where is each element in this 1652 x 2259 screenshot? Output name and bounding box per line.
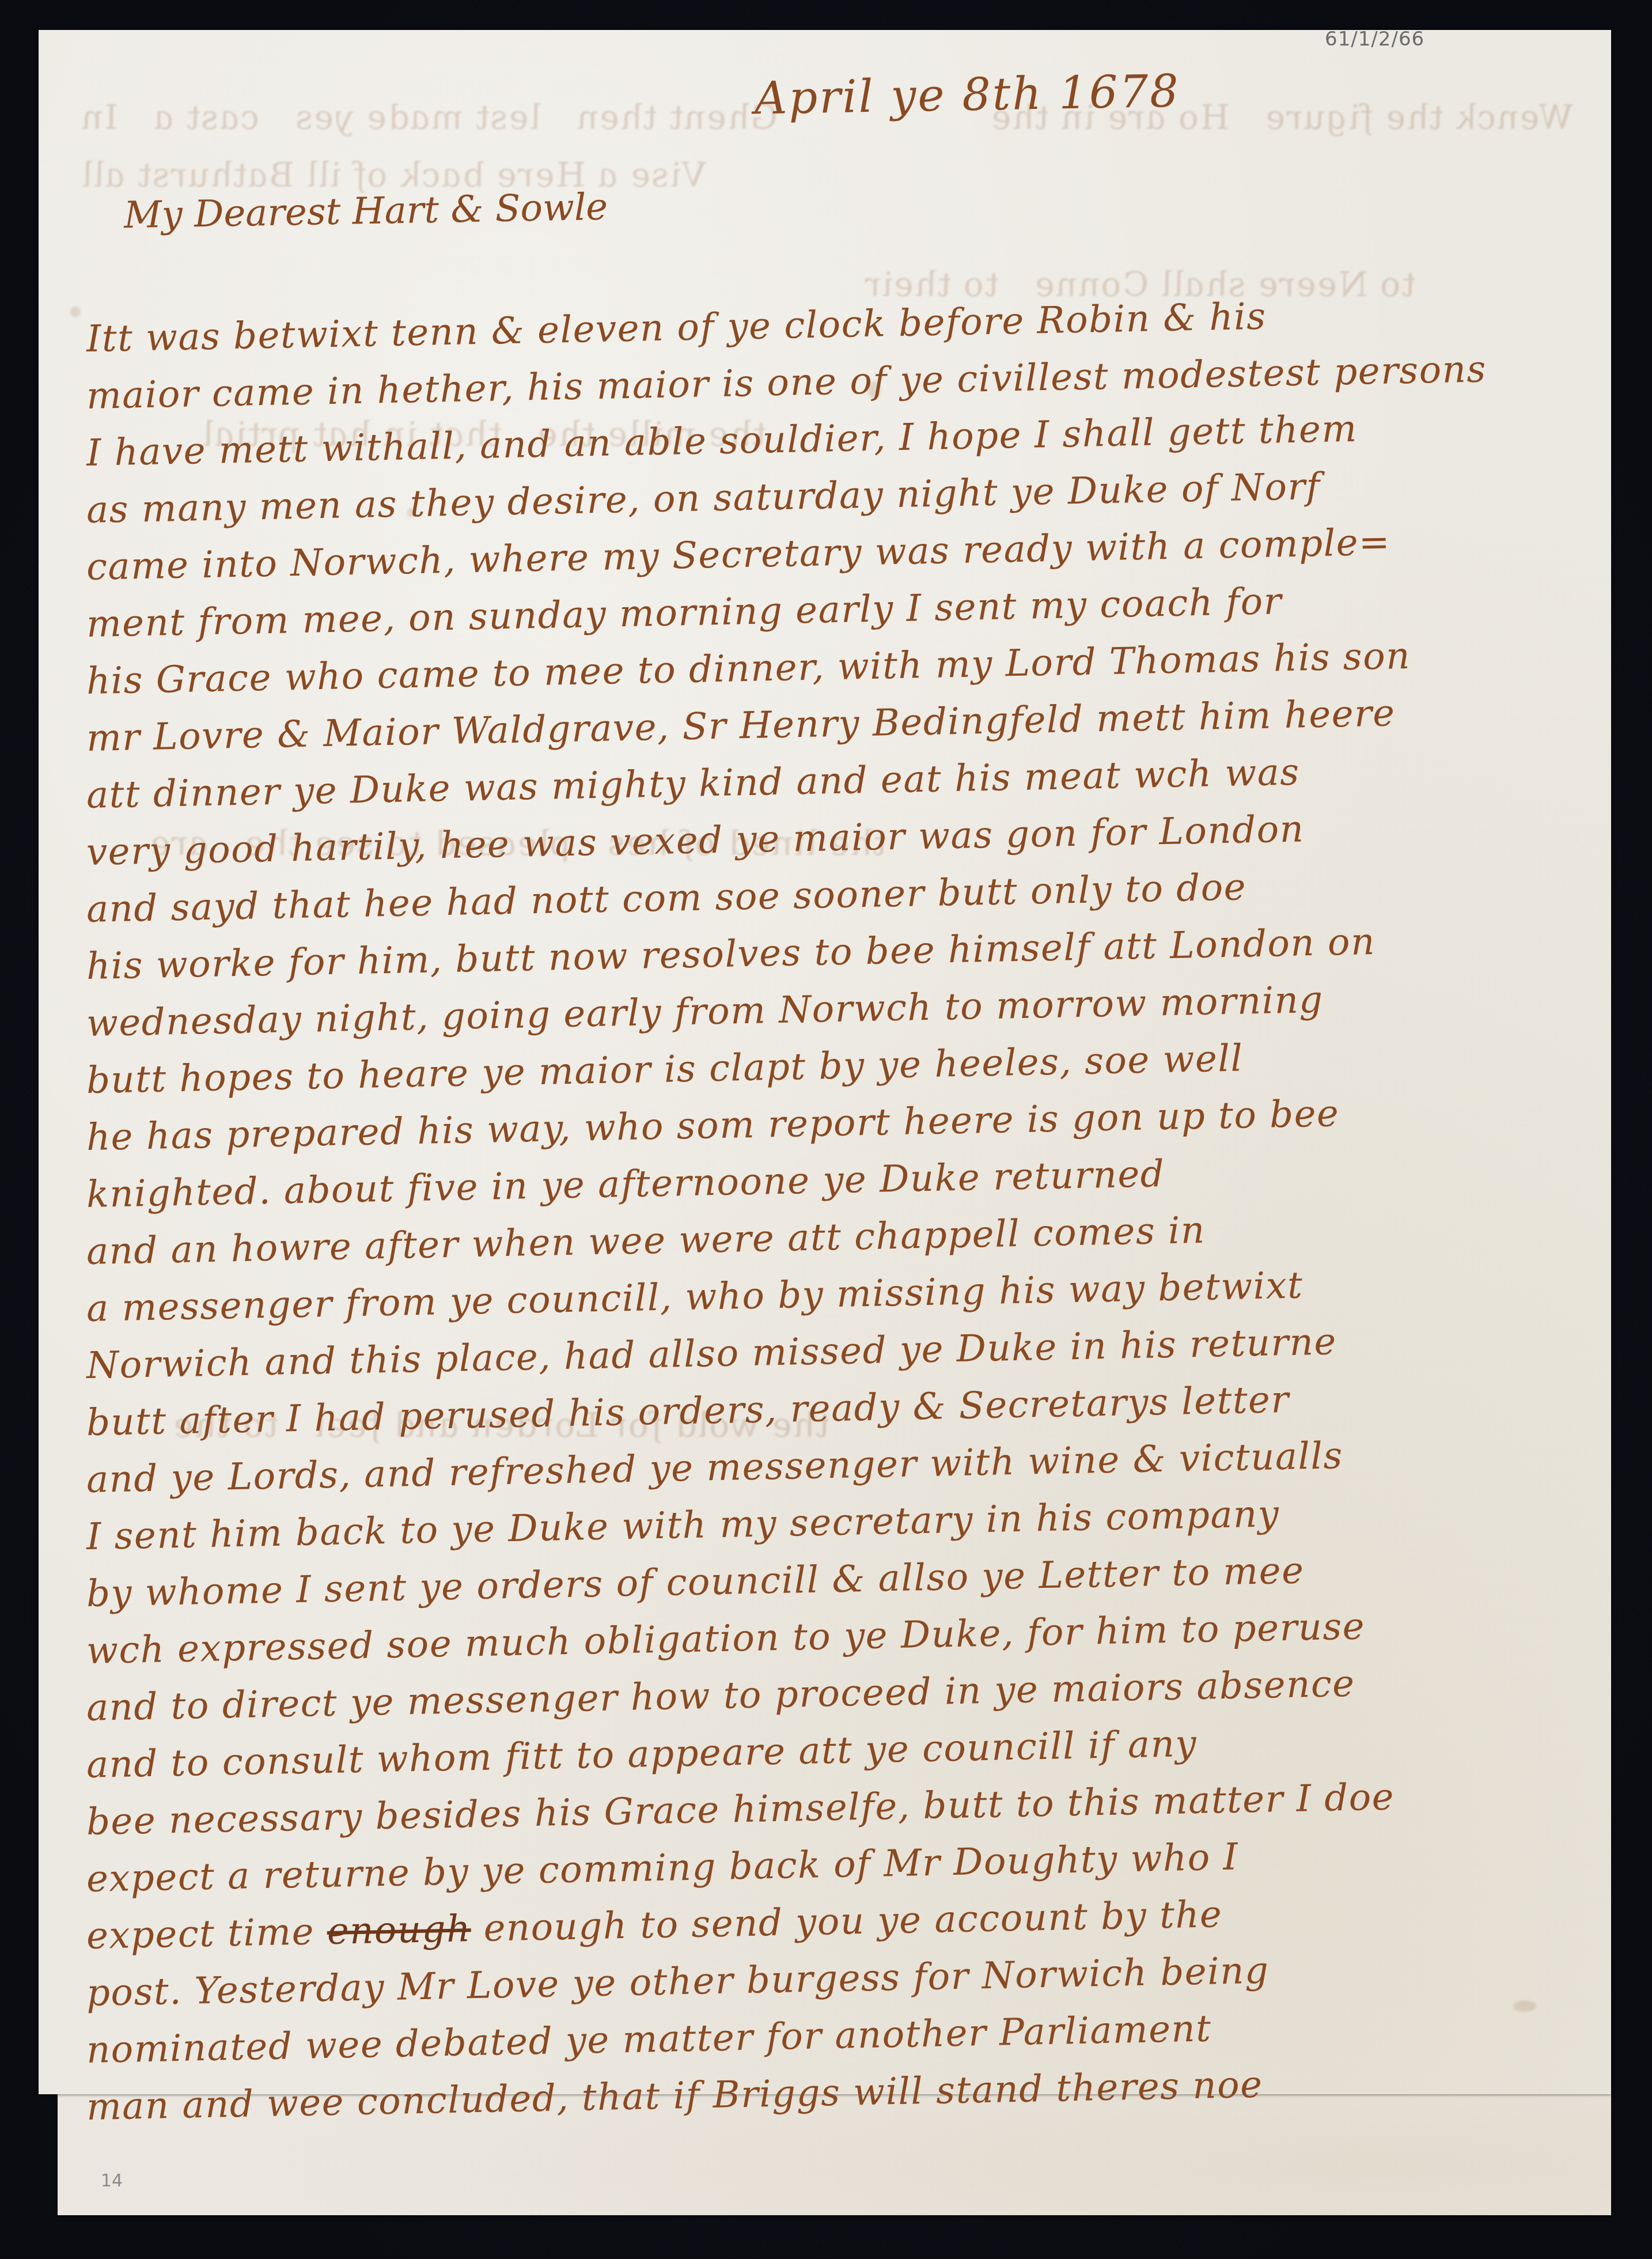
letter-salutation: My Dearest Hart & Sowle [123,186,608,237]
catalog-reference-mark: 61/1/2/66 [1325,28,1424,51]
verso-bleed-through: Ghent then lest made yes cast a In [77,98,782,137]
letter-date: April ye 8th 1678 [754,66,1180,125]
line-fragment: enough to send you ye account by the [471,1893,1223,1950]
verso-bleed-through: Vise a Here back of ill Bathurst all [77,156,710,195]
letter-body: Itt was betwixt tenn & eleven of ye cloc… [86,311,1596,2136]
struck-through-word: enough [327,1908,471,1953]
pencil-page-number: 14 [101,2171,123,2191]
line-fragment: expect time [86,1910,327,1958]
foxing-spot [70,307,81,317]
